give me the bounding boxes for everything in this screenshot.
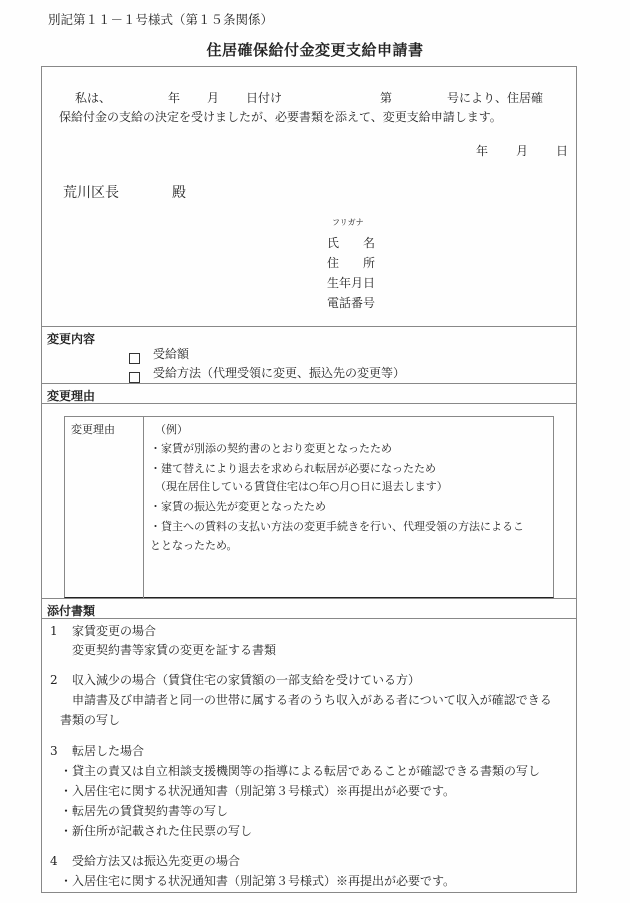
attachment-line: ・転居先の賃貸契約書等の写し	[60, 804, 228, 818]
applicant-birthdate-label[interactable]: 生年月日	[327, 276, 375, 290]
application-date-month: 月	[516, 144, 528, 158]
attachments-heading: 添付書類	[47, 602, 95, 619]
attachment-title: 収入減少の場合（賃貸住宅の家賃額の一部支給を受けている方）	[72, 673, 420, 687]
divider	[41, 403, 576, 404]
divider	[41, 598, 576, 599]
divider	[41, 326, 576, 327]
change-reason-heading: 変更理由	[47, 387, 95, 404]
attachment-line: ・新住所が記載された住民票の写し	[60, 824, 252, 838]
attachment-line: 変更契約書等家賃の変更を証する書類	[72, 643, 276, 657]
reason-table-divider	[143, 416, 144, 598]
checkbox-benefit-amount[interactable]	[129, 349, 140, 368]
divider	[41, 618, 576, 619]
example-line: ととなったため。	[150, 537, 238, 553]
attachment-line: ・入居住宅に関する状況通知書（別記第３号様式）※再提出が必要です。	[60, 784, 455, 798]
attachment-title: 受給方法又は振込先変更の場合	[72, 854, 240, 868]
application-date-day: 日	[556, 144, 568, 158]
statement-number-prefix: 第	[380, 91, 392, 105]
applicant-name-label[interactable]: 氏 名	[327, 236, 375, 250]
form-reference: 別記第１１－１号様式（第１５条関係）	[48, 10, 273, 28]
attachment-num: 1	[50, 624, 58, 638]
example-heading: （例）	[155, 421, 188, 437]
statement-prefix: 私は、	[75, 91, 111, 105]
example-line: ・建て替えにより退去を求められ転居が必要になったため	[150, 460, 436, 476]
attachment-num: 4	[50, 854, 58, 868]
attachment-line: ・貸主の責又は自立相談支援機関等の指導による転居であることが確認できる書類の写し	[60, 764, 540, 778]
applicant-address-label[interactable]: 住 所	[327, 256, 375, 270]
example-line: ・家賃が別添の契約書のとおり変更となったため	[150, 440, 392, 456]
divider	[41, 383, 576, 384]
reason-table-label: 変更理由	[71, 421, 115, 437]
option-benefit-method: 受給方法（代理受領に変更、振込先の変更等）	[153, 366, 405, 380]
furigana-label: フリガナ	[332, 217, 364, 228]
addressee-honorific: 殿	[172, 185, 186, 201]
statement-number-suffix: 号により、住居確	[447, 91, 543, 105]
applicant-phone-label[interactable]: 電話番号	[327, 296, 375, 310]
statement-month: 月	[207, 91, 219, 105]
option-benefit-amount: 受給額	[153, 347, 189, 361]
attachment-num: 2	[50, 673, 58, 687]
application-date-year: 年	[476, 144, 488, 158]
statement-day-dated: 日付け	[246, 91, 282, 105]
statement-line2: 保給付金の支給の決定を受けましたが、必要書類を添えて、変更支給申請します。	[59, 110, 502, 124]
attachment-line: 申請書及び申請者と同一の世帯に属する者のうち収入がある者について収入が確認できる	[72, 693, 552, 707]
document-title: 住居確保給付金変更支給申請書	[0, 39, 630, 60]
change-content-heading: 変更内容	[47, 330, 95, 347]
example-line: ・家賃の振込先が変更となったため	[150, 498, 326, 514]
example-line: （現在居住している賃貸住宅は○年○月○日に退去します）	[155, 478, 448, 494]
attachment-title: 転居した場合	[72, 744, 144, 758]
attachment-line: ・入居住宅に関する状況通知書（別記第３号様式）※再提出が必要です。	[60, 874, 455, 888]
checkbox-benefit-method[interactable]	[129, 368, 140, 387]
addressee-name: 荒川区長	[63, 185, 119, 201]
example-line: ・貸主への賃料の支払い方法の変更手続きを行い、代理受領の方法によるこ	[150, 518, 524, 534]
attachment-line: 書類の写し	[60, 713, 120, 727]
attachment-num: 3	[50, 744, 58, 758]
attachment-title: 家賃変更の場合	[72, 624, 156, 638]
statement-year: 年	[168, 91, 180, 105]
